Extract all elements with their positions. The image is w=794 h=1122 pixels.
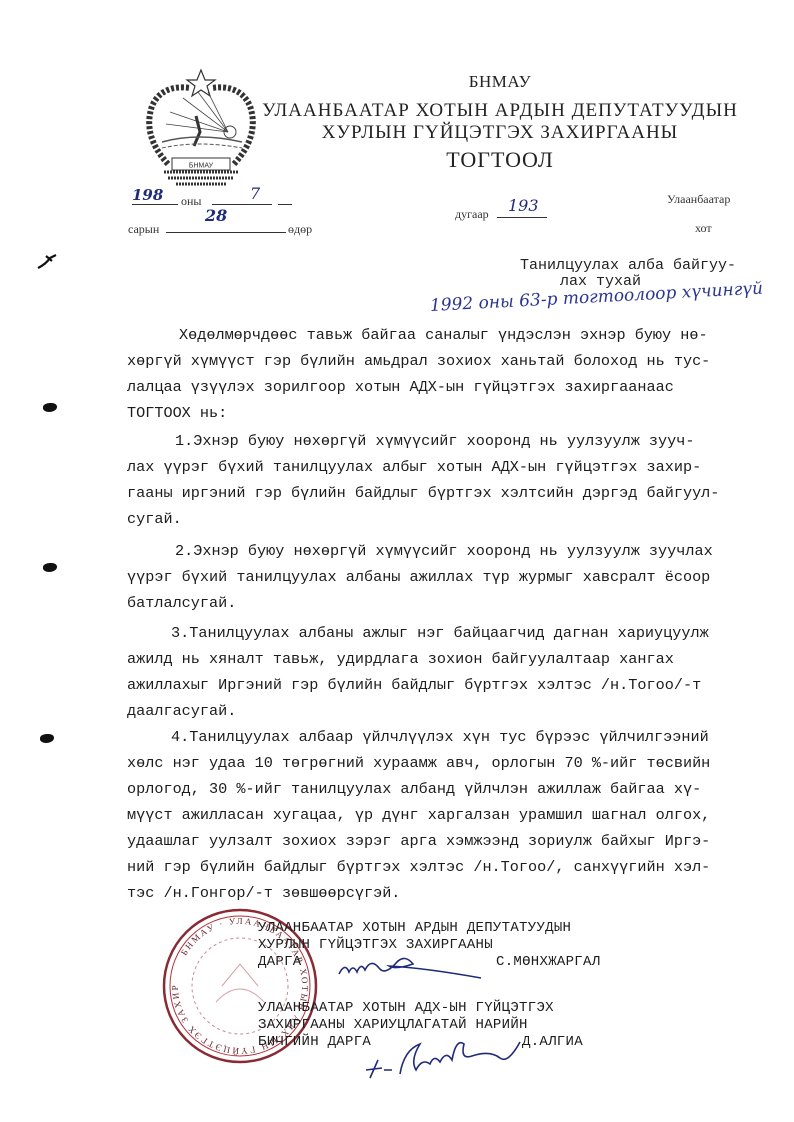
text-line: 1.Эхнэр буюу нөхөргүй хүмүүсийг хооронд … [127,428,763,454]
margin-ink-blot [43,403,57,412]
resolution-item-2: 2.Эхнэр буюу нөхөргүй хүмүүсийг хооронд … [127,538,763,616]
text-line: ний гэр бүлийн байдлыг бүртгэх хэлтэс /н… [127,854,763,880]
text-line: 2.Эхнэр буюу нөхөргүй хүмүүсийг хооронд … [127,538,763,564]
text-line: орлогод, 30 %-ийг танилцуулах албанд үйл… [127,776,763,802]
text-line: 3.Танилцуулах албаны ажлыг нэг байцаагчи… [127,620,763,646]
text-line: тэс /н.Гонгор/-т зөвшөөрсүгэй. [127,880,763,906]
country-abbreviation: БНМАУ [250,72,750,92]
signatory-name-chairman: С.МӨНХЖАРГАЛ [496,954,600,971]
text-line: ажиллахыг Иргэний гэр бүлийн байдлыг бүр… [127,672,763,698]
text-line: мүүст ажилласан хугацаа, үр дүнг харгалз… [127,802,763,828]
margin-mark [36,252,62,277]
signatory-title-line: УЛААНБААТАР ХОТЫН АДХ-ЫН ГҮЙЦЭТГЭХ [258,1000,554,1017]
year-line [132,204,178,205]
resolution-item-1: 1.Эхнэр буюу нөхөргүй хүмүүсийг хооронд … [127,428,763,532]
month-value: 7 [250,184,260,203]
text-line: ажилд нь хяналт тавьж, удирдлага зохион … [127,646,763,672]
city-name: Улаанбаатар [667,192,730,207]
svg-text:БНМАУ: БНМАУ [189,163,214,170]
margin-ink-blot [43,563,57,572]
subject-line-1: Танилцуулах алба байгуу- [520,258,736,274]
state-emblem: БНМАУ [138,66,264,188]
signatory-title-line: УЛААНБААТАР ХОТЫН АРДЫН ДЕПУТАТУУДЫН [258,920,571,937]
day-value: 28 [205,206,227,225]
day-line [166,232,286,233]
month-label: сарын [128,222,159,237]
document-type-title: ТОГТООЛ [250,147,750,173]
text-line: гааны иргэний гэр бүлийн байдлыг бүртгэх… [127,480,763,506]
number-value: 193 [508,196,539,215]
number-line [497,217,547,218]
resolution-item-3: 3.Танилцуулах албаны ажлыг нэг байцаагчи… [127,620,763,724]
text-line: 4.Танилцуулах албаар үйлчлүүлэх хүн тус … [127,724,763,750]
text-line: Хөдөлмөрчдөөс тавьж байгаа саналыг үндэс… [127,322,763,348]
year-label: оны [181,194,201,209]
number-label: дугаар [455,207,489,222]
text-line: лах үүрэг бүхий танилцуулах албыг хотын … [127,454,763,480]
preamble-paragraph: Хөдөлмөрчдөөс тавьж байгаа саналыг үндэс… [127,322,763,426]
text-line: үүрэг бүхий танилцуулах албаны ажиллах т… [127,564,763,590]
text-line: хөлс нэг удаа 10 төгрөгний хураамж авч, … [127,750,763,776]
organization-line-2: ХУРЛЫН ГҮЙЦЭТГЭХ ЗАХИРГААНЫ [250,122,750,144]
text-line: хөргүй хүмүүст гэр бүлийн амьдрал зохиох… [127,348,763,374]
year-value: 198 [132,186,163,204]
resolution-item-4: 4.Танилцуулах албаар үйлчлүүлэх хүн тус … [127,724,763,906]
signatory-name-secretary: Д.АЛГИА [522,1034,583,1051]
margin-ink-blot [40,734,54,743]
text-line: батлалсугай. [127,590,763,616]
text-line: удаашлаг уулзалт зохиох зэрэг арга хэмжэ… [127,828,763,854]
text-line: ТОГТООХ нь: [127,400,763,426]
handwritten-signature-secretary [360,1030,530,1095]
day-label: өдөр [288,222,312,237]
organization-line-1: УЛААНБААТАР ХОТЫН АРДЫН ДЕПУТАТУУДЫН [250,100,750,122]
month-line-tail [278,204,292,205]
city-suffix: хот [695,221,712,236]
month-line [212,204,272,205]
text-line: сугай. [127,506,763,532]
text-line: даалгасугай. [127,698,763,724]
text-line: лалцаа үзүүлэх зорилгоор хотын АДХ-ын гү… [127,374,763,400]
handwritten-signature-chairman [335,948,485,993]
